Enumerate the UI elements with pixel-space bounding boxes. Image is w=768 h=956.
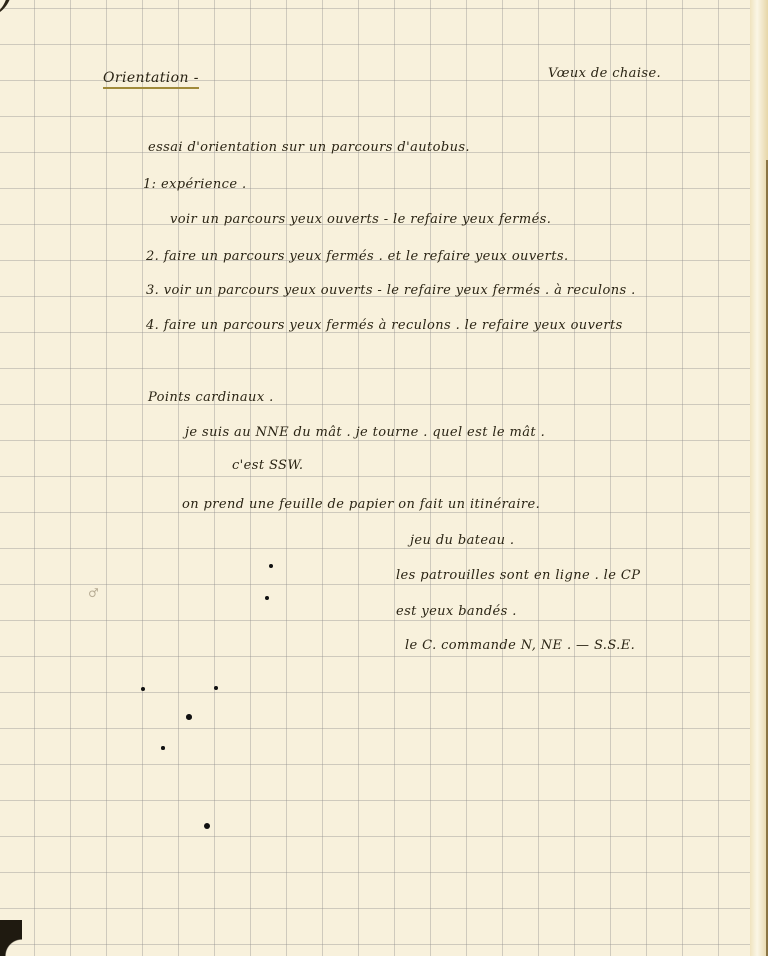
diagram-dot <box>161 746 165 750</box>
section1-intro: essai d'orientation sur un parcours d'au… <box>148 140 470 155</box>
diagram-dot <box>204 823 210 829</box>
diagram-dot <box>214 686 218 690</box>
section1-label: 1: expérience . <box>143 177 247 192</box>
section2-line: est yeux bandés . <box>396 604 517 619</box>
page-corner-curl <box>0 0 12 18</box>
header-right-note: Vœux de chaise. <box>548 66 661 81</box>
diagram-dot <box>269 564 273 568</box>
section2-line: jeu du bateau . <box>410 533 514 548</box>
diagram-dot <box>141 687 145 691</box>
faint-marker-symbol: ♂ <box>88 586 99 600</box>
section1-line: 2. faire un parcours yeux fermés . et le… <box>146 249 569 264</box>
page-title-text: Orientation - <box>103 70 199 89</box>
section1-line: 3. voir un parcours yeux ouverts - le re… <box>146 283 636 298</box>
section1-line: 4. faire un parcours yeux fermés à recul… <box>146 318 623 333</box>
section2-line: les patrouilles sont en ligne . le CP <box>396 568 640 583</box>
page-title: Orientation - <box>103 70 199 86</box>
section2-line: c'est SSW. <box>232 458 303 473</box>
section1-line: voir un parcours yeux ouverts - le refai… <box>170 212 551 227</box>
page-corner-binding <box>0 920 22 956</box>
notebook-page: Orientation - Vœux de chaise. essai d'or… <box>0 0 752 956</box>
page-edge <box>750 0 768 956</box>
section2-heading: Points cardinaux . <box>148 390 274 405</box>
section2-line: le C. commande N, NE . — S.S.E. <box>405 638 635 653</box>
section2-line: je suis au NNE du mât . je tourne . quel… <box>185 425 545 440</box>
section2-line: on prend une feuille de papier on fait u… <box>182 497 540 512</box>
diagram-dot <box>265 596 269 600</box>
diagram-dot <box>186 714 192 720</box>
